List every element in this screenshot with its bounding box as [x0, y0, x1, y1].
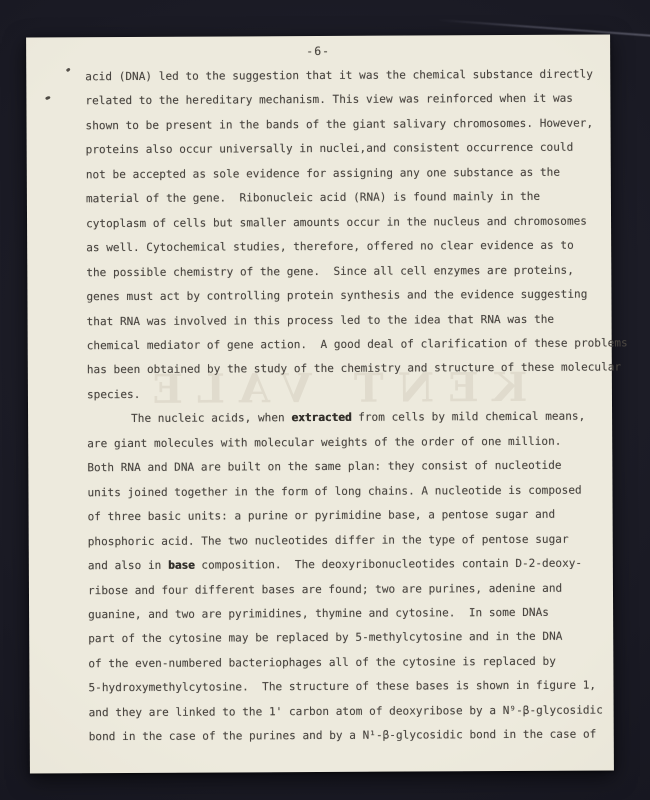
text-line: and they are linked to the 1' carbon ato… [89, 698, 599, 725]
paper-speck [66, 67, 71, 72]
text-line: proteins also occur universally in nucle… [86, 136, 596, 163]
paragraph: The nucleic acids, when extracted from c… [87, 405, 599, 750]
text-line: guanine, and two are pyrimidines, thymin… [88, 601, 598, 628]
paper-speck [45, 95, 51, 100]
text-line: units joined together in the form of lon… [87, 478, 597, 505]
paragraph: acid (DNA) led to the suggestion that it… [85, 63, 597, 408]
text-line: related to the hereditary mechanism. Thi… [85, 87, 595, 114]
text-line: not be accepted as sole evidence for ass… [86, 160, 596, 187]
text-line: that RNA was involved in this process le… [87, 307, 597, 334]
text-line: acid (DNA) led to the suggestion that it… [85, 63, 595, 90]
text-line: Both RNA and DNA are built on the same p… [87, 454, 597, 481]
text-line: The nucleic acids, when extracted from c… [87, 405, 597, 432]
text-line: bond in the case of the purines and by a… [89, 723, 599, 750]
photo-background: KENT VALE -6- acid (DNA) led to the sugg… [0, 0, 650, 800]
text-line: material of the gene. Ribonucleic acid (… [86, 185, 596, 212]
text-line: ribose and four different bases are foun… [88, 576, 598, 603]
text-line: of three basic units: a purine or pyrimi… [88, 503, 598, 530]
text-line: 5-hydroxymethylcytosine. The structure o… [88, 674, 598, 701]
text-line: genes must act by controlling protein sy… [86, 283, 596, 310]
text-line: cytoplasm of cells but smaller amounts o… [86, 209, 596, 236]
text-line: chemical mediator of gene action. A good… [87, 332, 597, 359]
page-number: -6- [26, 42, 610, 59]
text-line: has been obtained by the study of the ch… [87, 356, 597, 383]
text-line: part of the cytosine may be replaced by … [88, 625, 598, 652]
text-line: are giant molecules with molecular weigh… [87, 429, 597, 456]
text-line: and also in base composition. The deoxyr… [88, 552, 598, 579]
text-line: shown to be present in the bands of the … [85, 111, 595, 138]
text-line: as well. Cytochemical studies, therefore… [86, 234, 596, 261]
text-line: of the even-numbered bacteriophages all … [88, 649, 598, 676]
text-line: phosphoric acid. The two nucleotides dif… [88, 527, 598, 554]
text-line: the possible chemistry of the gene. Sinc… [86, 258, 596, 285]
typewritten-text: acid (DNA) led to the suggestion that it… [85, 63, 599, 750]
document-page: KENT VALE -6- acid (DNA) led to the sugg… [26, 34, 614, 773]
text-line: species. [87, 380, 597, 407]
